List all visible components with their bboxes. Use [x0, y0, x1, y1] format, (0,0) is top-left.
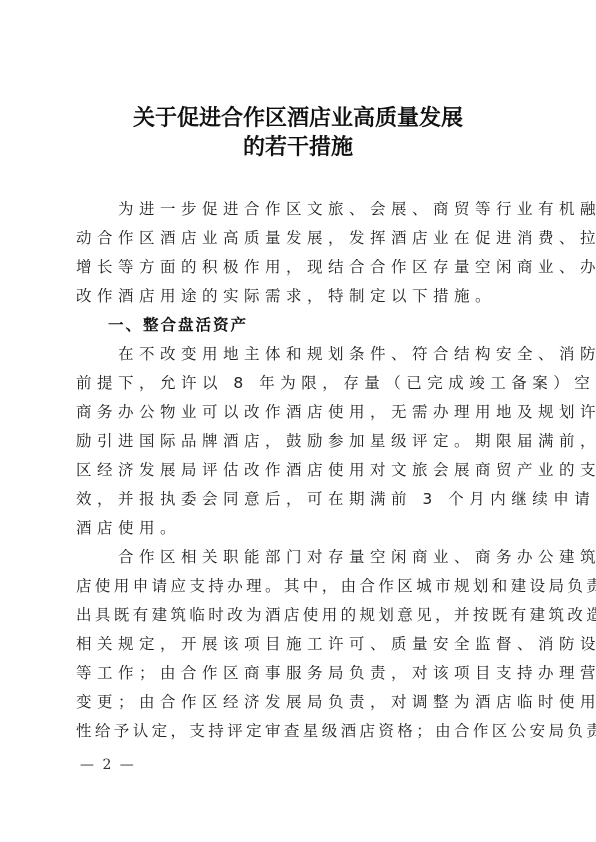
- text-line: 性给予认定，支持评定审查星级酒店资格；由合作区公安局负责，: [76, 721, 526, 741]
- text-line: 改作酒店用途的实际需求，特制定以下措施。: [76, 286, 526, 306]
- text-line: 酒店使用。: [76, 518, 526, 538]
- page-number: — 2 —: [80, 757, 136, 773]
- text-line: 前提下，允许以 8 年为限，存量（已完成竣工备案）空闲商业、: [76, 373, 526, 393]
- document-title-line-2: 的若干措施: [0, 133, 596, 161]
- text-line: 动合作区酒店业高质量发展，发挥酒店业在促进消费、拉动经济: [76, 228, 526, 248]
- text-line: 效，并报执委会同意后，可在期满前 3 个月内继续申请办理改作: [76, 489, 526, 509]
- document-page: 关于促进合作区酒店业高质量发展 的若干措施 为进一步促进合作区文旅、会展、商贸等…: [0, 0, 596, 842]
- text-line: 等工作；由合作区商事服务局负责，对该项目支持办理营业执照: [76, 663, 526, 683]
- text-line: 变更；由合作区经济发展局负责，对调整为酒店临时使用的必要: [76, 692, 526, 712]
- text-line: 店使用申请应支持办理。其中，由合作区城市规划和建设局负责，: [76, 576, 526, 596]
- text-line: 励引进国际品牌酒店，鼓励参加星级评定。期限届满前，由合作: [76, 431, 526, 451]
- text-line: 在不改变用地主体和规划条件、符合结构安全、消防要求的: [76, 344, 526, 364]
- text-line: 为进一步促进合作区文旅、会展、商贸等行业有机融合，推: [76, 199, 526, 219]
- text-line: 合作区相关职能部门对存量空闲商业、商务办公建筑改作酒: [76, 547, 526, 567]
- text-line: 商务办公物业可以改作酒店使用，无需办理用地及规划许可；鼓: [76, 402, 526, 422]
- text-line: 区经济发展局评估改作酒店使用对文旅会展商贸产业的支持成: [76, 460, 526, 480]
- text-line: 相关规定，开展该项目施工许可、质量安全监督、消防设计审查: [76, 634, 526, 654]
- section-heading: 一、整合盘活资产: [108, 315, 248, 335]
- document-title-line-1: 关于促进合作区酒店业高质量发展: [0, 104, 596, 132]
- text-line: 增长等方面的积极作用，现结合合作区存量空闲商业、办公物业: [76, 257, 526, 277]
- text-line: 出具既有建筑临时改为酒店使用的规划意见，并按既有建筑改造: [76, 605, 526, 625]
